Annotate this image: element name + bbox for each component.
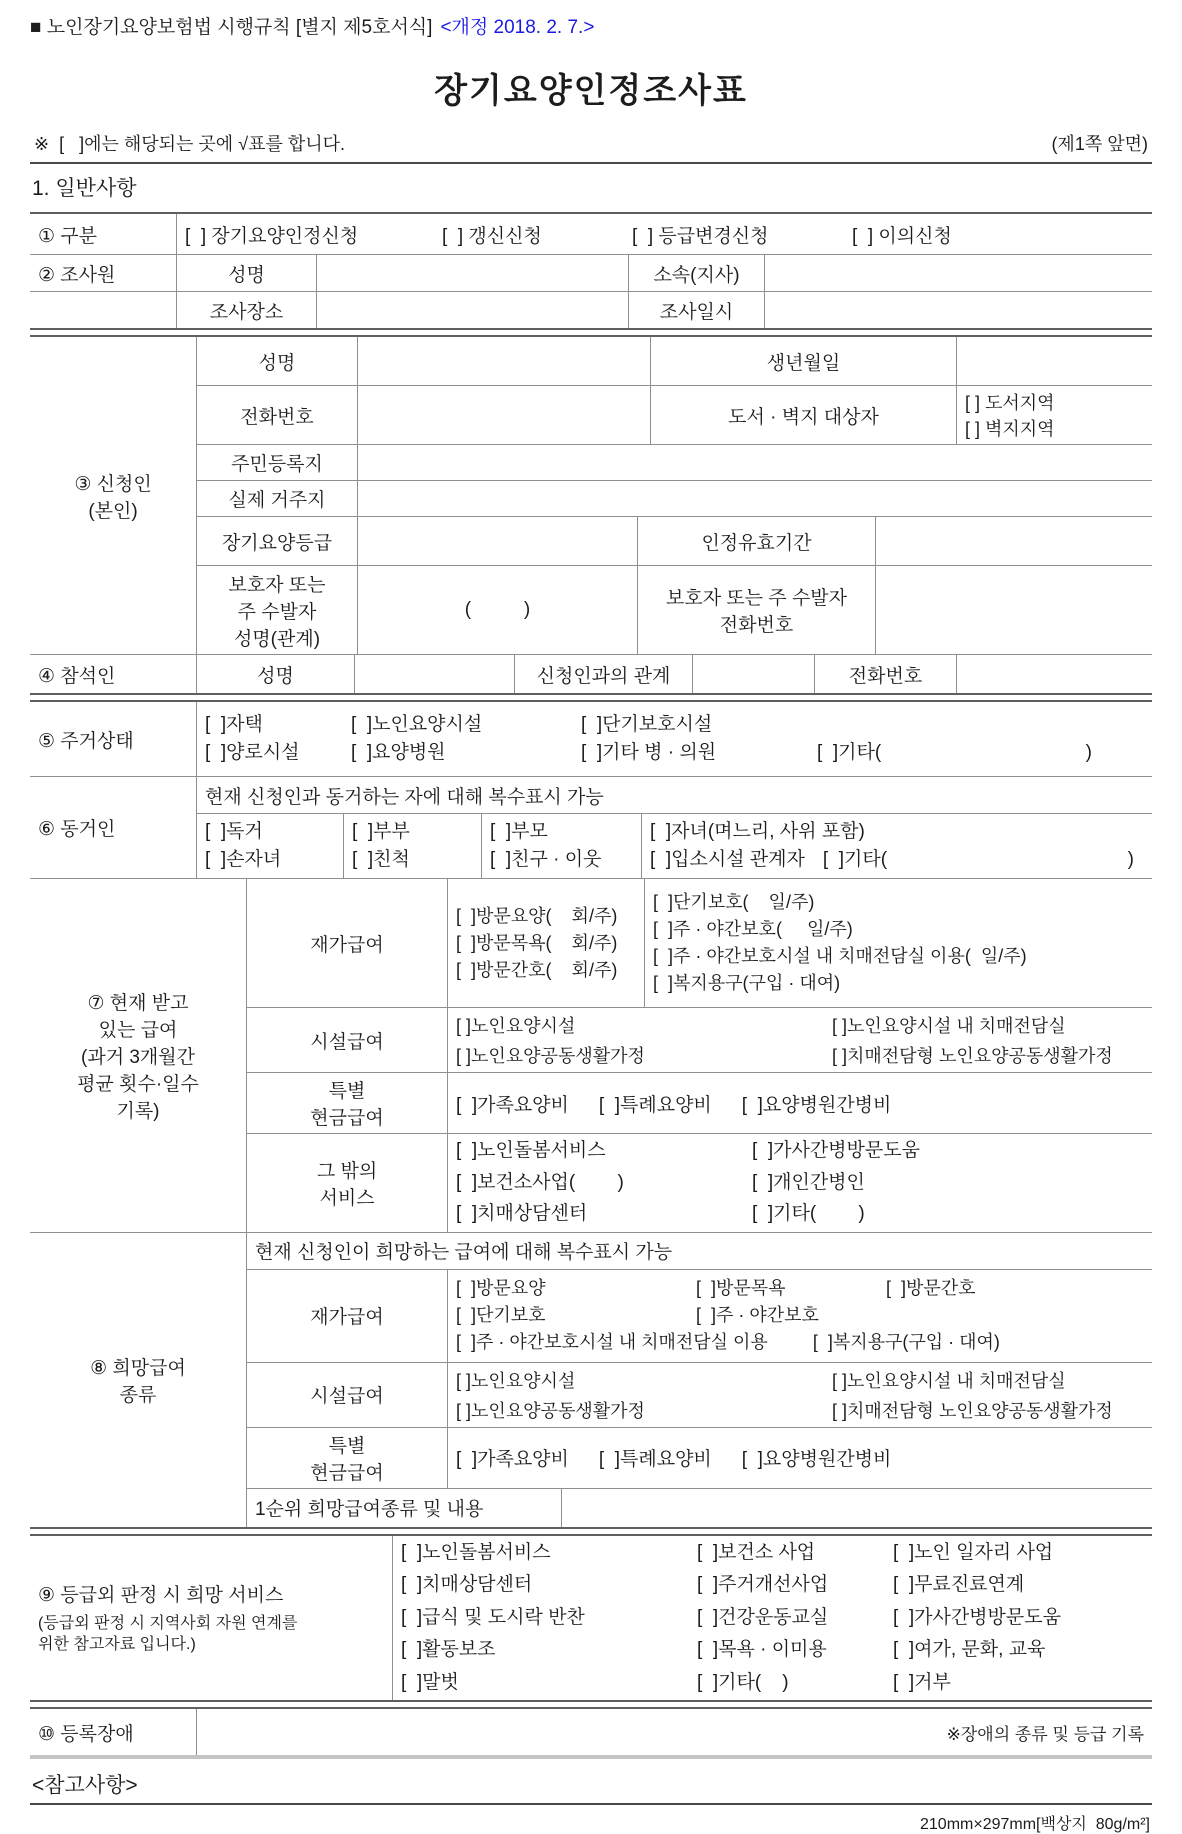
desired-facility-benefit-options: [ ]노인요양시설 [ ]노인요양시설 내 치매전담실 [ ]노인요양공동생활가…: [447, 1363, 1152, 1427]
section-1-heading: 1. 일반사항: [32, 172, 1152, 202]
desired-home-benefit-row: 재가급여 [ ]방문요양 [ ]방문목욕 [ ]방문간호 [ ]단기보호 [ ]…: [247, 1269, 1152, 1362]
checkbox-option: [ ]치매상담센터: [456, 1200, 752, 1229]
checkbox-option: [ ]개인간병인: [752, 1169, 1144, 1198]
row-out-of-grade: ⑨ 등급외 판정 시 희망 서비스 (등급외 판정 시 지역사회 자원 연계를 …: [30, 1536, 1152, 1701]
row-category-label: ① 구분: [30, 214, 176, 254]
care-grade-row: 장기요양등급 인정유효기간: [197, 516, 1152, 565]
field-label-guardian-phone: 보호자 또는 주 수발자 전화번호: [637, 566, 875, 654]
field-label-phone: 전화번호: [814, 655, 956, 693]
checkbox-option: [ ]친척: [352, 846, 410, 875]
checkbox-option: [ ]방문목욕( 회/주): [456, 930, 617, 957]
checkbox-option: [ ]노인요양시설: [456, 1012, 832, 1038]
checkbox-option: [ ]기타 병 · 의원: [581, 739, 817, 768]
checkbox-option: [ ]방문목욕: [696, 1275, 886, 1302]
checkbox-option: [ ]친구 · 이웃: [490, 846, 601, 875]
row-category: ① 구분 [ ] 장기요양인정신청 [ ] 갱신신청 [ ] 등급변경신청 [ …: [30, 214, 1152, 254]
desired-facility-benefit-row: 시설급여 [ ]노인요양시설 [ ]노인요양시설 내 치매전담실 [ ]노인요양…: [247, 1362, 1152, 1427]
checkbox-option: [ ]노인요양시설 내 치매전담실: [832, 1367, 1144, 1393]
guardian-row: 보호자 또는 주 수발자 성명(관계) ( ) 보호자 또는 주 수발자 전화번…: [197, 565, 1152, 654]
checkbox-option: [ ]거부: [893, 1669, 1144, 1698]
input-investigator-name: [316, 255, 628, 291]
checkbox-option: [ ]노인요양시설: [351, 711, 581, 740]
checkbox-option: [ ]자택: [205, 711, 351, 740]
checkbox-option: [ ]방문간호( 회/주): [456, 957, 617, 984]
priority-benefit-row: 1순위 희망급여종류 및 내용: [247, 1488, 1152, 1527]
checkbox-option: [ ]기타(: [817, 739, 881, 768]
checkbox-option: [ ] 도서지역: [965, 389, 1055, 415]
table-registered-disability: ⑩ 등록장애 ※장애의 종류 및 등급 기록: [30, 1707, 1152, 1759]
checkbox-option: [ ]활동보조: [401, 1636, 697, 1665]
checkbox-option: [ ]주 · 야간보호시설 내 치매전담실 이용: [456, 1329, 768, 1356]
checkbox-option: [ ]단기보호: [456, 1302, 696, 1329]
field-label-datetime: 조사일시: [628, 292, 764, 328]
checkbox-option: [ ]건강운동교실: [697, 1604, 893, 1633]
cohabitant-options-row: [ ]독거 [ ]손자녀 [ ]부부 [ ]친척 [ ]부모 [ ]친구 · 이…: [197, 813, 1152, 878]
input-investigator-branch: [764, 255, 1152, 291]
checkbox-option: [ ]방문요양( 회/주): [456, 903, 617, 930]
checkbox-option: [ ]복지용구(구입 · 대여): [653, 970, 840, 997]
checkbox-option: [ ]가사간병방문도움: [752, 1137, 1144, 1166]
checkbox-option: [ ]급식 및 도시락 반찬: [401, 1604, 697, 1633]
housing-options: [ ]자택 [ ]노인요양시설 [ ]단기보호시설 [ ]양로시설 [ ]요양병…: [196, 702, 1152, 776]
registered-disability-note: ※장애의 종류 및 등급 기록: [196, 1709, 1152, 1755]
checkbox-option: [ ]가사간병방문도움: [893, 1604, 1144, 1633]
checkbox-option: [ ]노인요양시설 내 치매전담실: [832, 1012, 1144, 1038]
input-actual-address: [357, 481, 1152, 516]
checkbox-option: [ ]노인요양공동생활가정: [456, 1397, 832, 1423]
row-attendee-label: ④ 참석인: [30, 655, 196, 693]
benefit-type-cash: 특별 현금급여: [247, 1428, 447, 1488]
desired-cash-benefit-options: [ ]가족요양비 [ ]특례요양비 [ ]요양병원간병비: [447, 1428, 1152, 1488]
checkbox-option: [ ]노인요양공동생활가정: [456, 1042, 832, 1068]
form-page: ■ 노인장기요양보험법 시행규칙 [별지 제5호서식] <개정 2018. 2.…: [0, 0, 1182, 1834]
checkbox-option: [ ]주 · 야간보호( 일/주): [653, 916, 853, 943]
checkbox-option: [ ]주거개선사업: [697, 1571, 893, 1600]
paper-spec-note: 210mm×297mm[백상지 80g/m²]: [30, 1811, 1152, 1834]
benefit-type-home: 재가급여: [247, 879, 447, 1007]
revision-link[interactable]: <개정 2018. 2. 7.>: [440, 12, 594, 39]
home-benefit-left-col: [ ]방문요양( 회/주) [ ]방문목욕( 회/주) [ ]방문간호( 회/주…: [448, 900, 644, 987]
field-label-actual-address: 실제 거주지: [197, 481, 357, 516]
input-valid-period: [875, 517, 1152, 565]
field-label-birthdate: 생년월일: [650, 337, 956, 385]
field-label-name: 성명: [176, 255, 316, 291]
input-attendee-relation: [692, 655, 814, 693]
table-out-of-grade-services: ⑨ 등급외 판정 시 희망 서비스 (등급외 판정 시 지역사회 자원 연계를 …: [30, 1534, 1152, 1703]
desired-home-benefit-options: [ ]방문요양 [ ]방문목욕 [ ]방문간호 [ ]단기보호 [ ]주 · 야…: [447, 1270, 1152, 1362]
checkbox-option: [ ] 장기요양인정신청: [185, 221, 442, 248]
checkbox-option: [ ]가족요양비: [456, 1444, 569, 1471]
checkbox-option: [ ]특례요양비: [599, 1090, 712, 1117]
field-label-place: 조사장소: [176, 292, 316, 328]
island-options: [ ] 도서지역 [ ] 벽지지역: [956, 386, 1152, 444]
row-cohabitant: ⑥ 동거인 현재 신청인과 동거하는 자에 대해 복수표시 가능 [ ]독거 […: [30, 776, 1152, 878]
footer-rule: [30, 1803, 1152, 1805]
checkbox-option: [ ]목욕 · 이미용: [697, 1636, 893, 1665]
category-options: [ ] 장기요양인정신청 [ ] 갱신신청 [ ] 등급변경신청 [ ] 이의신…: [176, 214, 1152, 254]
reference-section-heading: <참고사항>: [32, 1769, 1152, 1799]
current-home-benefit-options: [ ]방문요양( 회/주) [ ]방문목욕( 회/주) [ ]방문간호( 회/주…: [447, 879, 1153, 1007]
checkbox-option: [ ]부부: [352, 818, 410, 847]
row-current-benefits-label: ⑦ 현재 받고 있는 급여 (과거 3개월간 평균 횟수·일수 기록): [30, 879, 246, 1232]
table-general-top: ① 구분 [ ] 장기요양인정신청 [ ] 갱신신청 [ ] 등급변경신청 [ …: [30, 212, 1152, 330]
row-housing-label: ⑤ 주거상태: [30, 702, 196, 776]
cohabitant-header-row: 현재 신청인과 동거하는 자에 대해 복수표시 가능: [197, 777, 1152, 813]
current-home-benefit-row: 재가급여 [ ]방문요양( 회/주) [ ]방문목욕( 회/주) [ ]방문간호…: [247, 879, 1152, 1007]
input-care-grade: [357, 517, 637, 565]
field-label-phone: 전화번호: [197, 386, 357, 444]
input-guardian-phone: [875, 566, 1152, 654]
current-benefits-subtable: 재가급여 [ ]방문요양( 회/주) [ ]방문목욕( 회/주) [ ]방문간호…: [246, 879, 1152, 1232]
row-investigator-1: ② 조사원 성명 소속(지사): [30, 254, 1152, 291]
checkbox-option: [ ] 이의신청: [852, 221, 952, 248]
benefit-type-home: 재가급여: [247, 1270, 447, 1362]
current-other-service-options: [ ]노인돌봄서비스 [ ]가사간병방문도움 [ ]보건소사업( ) [ ]개인…: [447, 1134, 1152, 1232]
input-attendee-phone: [956, 655, 1152, 693]
actual-address-row: 실제 거주지: [197, 480, 1152, 516]
row-registered-disability: ⑩ 등록장애 ※장애의 종류 및 등급 기록: [30, 1709, 1152, 1755]
field-label-name: 성명: [196, 655, 354, 693]
checkbox-option: [ ]요양병원간병비: [742, 1444, 892, 1471]
input-resident-address: [357, 445, 1152, 480]
checkbox-option: [ ]여가, 문화, 교육: [893, 1636, 1144, 1665]
benefit-type-cash: 특별 현금급여: [247, 1073, 447, 1133]
row-out-of-grade-label: ⑨ 등급외 판정 시 희망 서비스 (등급외 판정 시 지역사회 자원 연계를 …: [30, 1536, 392, 1701]
input-survey-datetime: [764, 292, 1152, 328]
field-label-name: 성명: [197, 337, 357, 385]
checkbox-option: [ ]입소시설 관계자: [650, 846, 805, 875]
row-applicant-label: ③ 신청인 (본인): [30, 337, 196, 654]
resident-address-row: 주민등록지: [197, 444, 1152, 480]
checkbox-option: [ ]보건소사업( ): [456, 1169, 752, 1198]
desired-cash-benefit-row: 특별 현금급여 [ ]가족요양비 [ ]특례요양비 [ ]요양병원간병비: [247, 1427, 1152, 1488]
row-cohabitant-label: ⑥ 동거인: [30, 777, 196, 878]
cohabitant-subtable: 현재 신청인과 동거하는 자에 대해 복수표시 가능 [ ]독거 [ ]손자녀 …: [196, 777, 1152, 878]
row-applicant: ③ 신청인 (본인) 성명 생년월일 전화번호 도서 · 벽지 대상자 [ ] …: [30, 337, 1152, 654]
checkbox-option: [ ]가족요양비: [456, 1090, 569, 1117]
checkbox-option: [ ]요양병원간병비: [742, 1090, 892, 1117]
checkbox-option: [ ]무료진료연계: [893, 1571, 1144, 1600]
benefit-type-facility: 시설급여: [247, 1363, 447, 1427]
checkbox-option: [ ]치매전담형 노인요양공동생활가정: [832, 1397, 1144, 1423]
row-investigator-label-spacer: [30, 292, 176, 328]
applicant-subtable: 성명 생년월일 전화번호 도서 · 벽지 대상자 [ ] 도서지역 [ ] 벽지…: [196, 337, 1152, 654]
check-instruction: ※ [ ]에는 해당되는 곳에 √표를 합니다.: [34, 130, 345, 156]
field-label-valid-period: 인정유효기간: [637, 517, 875, 565]
desired-benefits-subtable: 현재 신청인이 희망하는 급여에 대해 복수표시 가능 재가급여 [ ]방문요양…: [246, 1233, 1152, 1527]
row-current-benefits: ⑦ 현재 받고 있는 급여 (과거 3개월간 평균 횟수·일수 기록) 재가급여…: [30, 878, 1152, 1232]
out-of-grade-title: ⑨ 등급외 판정 시 희망 서비스: [38, 1580, 283, 1607]
home-benefit-right-col: [ ]단기보호( 일/주) [ ]주 · 야간보호( 일/주) [ ]주 · 야…: [644, 879, 1153, 1007]
input-survey-place: [316, 292, 628, 328]
checkbox-option: [ ]노인요양시설: [456, 1367, 832, 1393]
current-other-service-row: 그 밖의 서비스 [ ]노인돌봄서비스 [ ]가사간병방문도움 [ ]보건소사업…: [247, 1133, 1152, 1232]
table-status-benefits: ⑤ 주거상태 [ ]자택 [ ]노인요양시설 [ ]단기보호시설 [ ]양로시설…: [30, 700, 1152, 1529]
checkbox-option: [ ] 등급변경신청: [632, 221, 852, 248]
law-reference: ■ 노인장기요양보험법 시행규칙 [별지 제5호서식]: [30, 12, 432, 39]
checkbox-option: [ ]방문요양: [456, 1275, 696, 1302]
field-label-island-target: 도서 · 벽지 대상자: [650, 386, 956, 444]
checkbox-option: [ ]보건소 사업: [697, 1539, 893, 1568]
checkbox-option: [ ]노인돌봄서비스: [456, 1137, 752, 1166]
checkbox-option: [ ]부모: [490, 818, 548, 847]
checkbox-option: [ ]노인 일자리 사업: [893, 1539, 1144, 1568]
row-investigator-label: ② 조사원: [30, 255, 176, 291]
checkbox-option: [ ] 갱신신청: [442, 221, 632, 248]
applicant-name-row: 성명 생년월일: [197, 337, 1152, 385]
applicant-phone-row: 전화번호 도서 · 벽지 대상자 [ ] 도서지역 [ ] 벽지지역: [197, 385, 1152, 444]
form-title: 장기요양인정조사표: [30, 63, 1152, 112]
table-applicant: ③ 신청인 (본인) 성명 생년월일 전화번호 도서 · 벽지 대상자 [ ] …: [30, 335, 1152, 695]
current-facility-benefit-options: [ ]노인요양시설 [ ]노인요양시설 내 치매전담실 [ ]노인요양공동생활가…: [447, 1008, 1152, 1072]
cohabitant-col1: [ ]독거 [ ]손자녀: [197, 814, 343, 878]
checkbox-option: [ ]방문간호: [886, 1275, 1144, 1302]
checkbox-option: [ ]주 · 야간보호시설 내 치매전담실 이용( 일/주): [653, 943, 1027, 970]
checkbox-option: [ ]말벗: [401, 1669, 697, 1698]
benefit-type-facility: 시설급여: [247, 1008, 447, 1072]
checkbox-option: [ ]독거: [205, 818, 263, 847]
checkbox-option: [ ]손자녀: [205, 846, 281, 875]
cohabitant-col4: [ ]자녀(며느리, 사위 포함) [ ]입소시설 관계자 [ ]기타( ): [641, 814, 1152, 878]
checkbox-option: [ ]단기보호( 일/주): [653, 889, 814, 916]
current-cash-benefit-row: 특별 현금급여 [ ]가족요양비 [ ]특례요양비 [ ]요양병원간병비: [247, 1072, 1152, 1133]
field-label-care-grade: 장기요양등급: [197, 517, 357, 565]
checkbox-option: [ ]노인돌봄서비스: [401, 1539, 697, 1568]
desired-header-row: 현재 신청인이 희망하는 급여에 대해 복수표시 가능: [247, 1233, 1152, 1269]
row-desired-benefits: ⑧ 희망급여 종류 현재 신청인이 희망하는 급여에 대해 복수표시 가능 재가…: [30, 1232, 1152, 1527]
field-label-relation: 신청인과의 관계: [514, 655, 692, 693]
input-birthdate: [956, 337, 1152, 385]
row-investigator-2: 조사장소 조사일시: [30, 291, 1152, 328]
row-attendee: ④ 참석인 성명 신청인과의 관계 전화번호: [30, 654, 1152, 693]
field-label-branch: 소속(지사): [628, 255, 764, 291]
row-housing: ⑤ 주거상태 [ ]자택 [ ]노인요양시설 [ ]단기보호시설 [ ]양로시설…: [30, 702, 1152, 776]
input-applicant-name: [357, 337, 650, 385]
checkbox-option: [ ]치매상담센터: [401, 1571, 697, 1600]
field-label-resident-address: 주민등록지: [197, 445, 357, 480]
input-applicant-phone: [357, 386, 650, 444]
out-of-grade-options: [ ]노인돌봄서비스 [ ]보건소 사업 [ ]노인 일자리 사업 [ ]치매상…: [392, 1536, 1152, 1701]
current-facility-benefit-row: 시설급여 [ ]노인요양시설 [ ]노인요양시설 내 치매전담실 [ ]노인요양…: [247, 1007, 1152, 1072]
checkbox-option: [ ] 벽지지역: [965, 415, 1055, 441]
header-rule: [30, 162, 1152, 164]
input-guardian-name: ( ): [357, 566, 637, 654]
checkbox-option: [ ]치매전담형 노인요양공동생활가정: [832, 1042, 1144, 1068]
benefit-type-other: 그 밖의 서비스: [247, 1134, 447, 1232]
cohabitant-header: 현재 신청인과 동거하는 자에 대해 복수표시 가능: [197, 777, 1152, 813]
field-label-guardian: 보호자 또는 주 수발자 성명(관계): [197, 566, 357, 654]
out-of-grade-subnote: (등급외 판정 시 지역사회 자원 연계를 위한 참고자료 입니다.): [38, 1613, 297, 1656]
checkbox-option: [ ]특례요양비: [599, 1444, 712, 1471]
row-registered-disability-label: ⑩ 등록장애: [30, 1709, 196, 1755]
input-priority-benefit: [561, 1489, 1152, 1527]
page-side-note: (제1쪽 앞면): [1051, 130, 1148, 156]
checkbox-option: [ ]요양병원: [351, 739, 581, 768]
checkbox-option: [ ]자녀(며느리, 사위 포함): [650, 818, 865, 847]
checkbox-option: [ ]기타( ): [752, 1200, 1144, 1229]
row-desired-benefits-label: ⑧ 희망급여 종류: [30, 1233, 246, 1527]
paren-close: ): [1128, 846, 1134, 875]
instruction-line: ※ [ ]에는 해당되는 곳에 √표를 합니다. (제1쪽 앞면): [30, 130, 1152, 162]
priority-benefit-label: 1순위 희망급여종류 및 내용: [247, 1489, 561, 1527]
document-header: ■ 노인장기요양보험법 시행규칙 [별지 제5호서식] <개정 2018. 2.…: [30, 12, 1152, 39]
checkbox-option: [ ]주 · 야간보호: [696, 1302, 1144, 1329]
checkbox-option: [ ]복지용구(구입 · 대여): [813, 1329, 1000, 1356]
checkbox-option: [ ]기타( ): [697, 1669, 893, 1698]
checkbox-option: [ ]기타(: [823, 846, 887, 875]
paren-close: ): [1086, 739, 1092, 768]
current-cash-benefit-options: [ ]가족요양비 [ ]특례요양비 [ ]요양병원간병비: [447, 1073, 1152, 1133]
desired-benefits-header: 현재 신청인이 희망하는 급여에 대해 복수표시 가능: [247, 1233, 1152, 1269]
checkbox-option: [ ]단기보호시설: [581, 711, 712, 740]
cohabitant-col2: [ ]부부 [ ]친척: [343, 814, 481, 878]
checkbox-option: [ ]양로시설: [205, 739, 351, 768]
cohabitant-col3: [ ]부모 [ ]친구 · 이웃: [481, 814, 641, 878]
input-attendee-name: [354, 655, 514, 693]
